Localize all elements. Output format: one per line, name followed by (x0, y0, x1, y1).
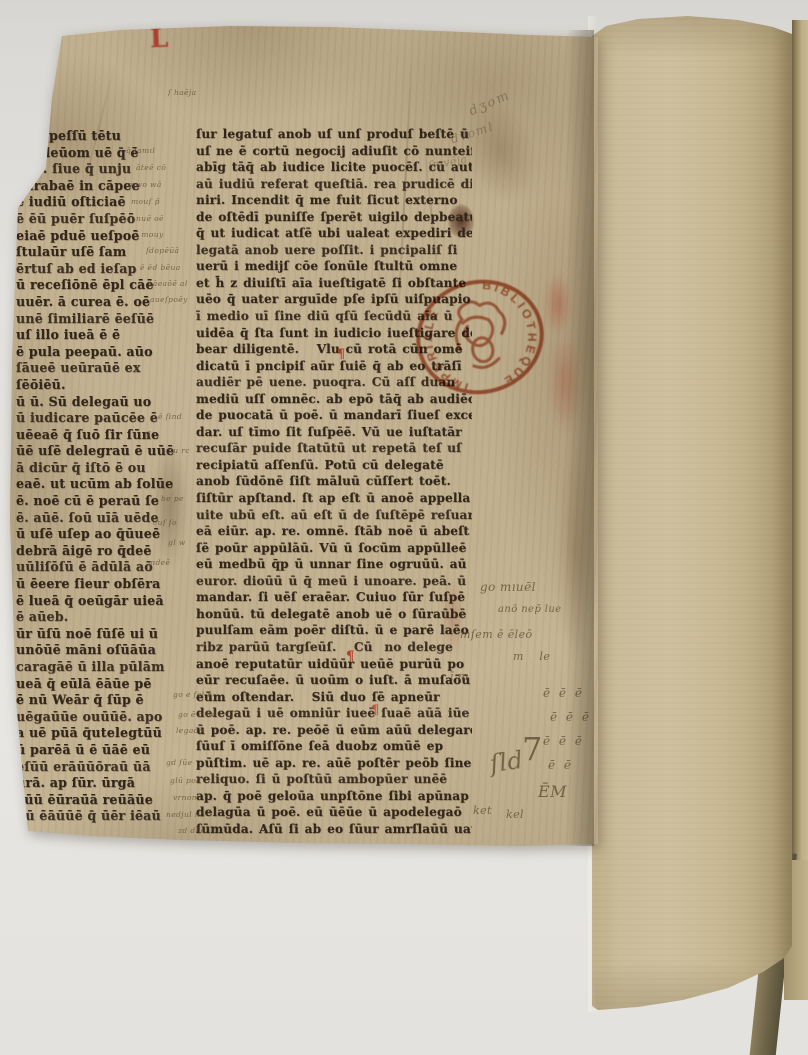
pen-trial-note: dṽoml (449, 119, 496, 146)
manuscript-text-line: uite ubū eſt. aū eſt ū de ſuſtēpē reſuar… (196, 507, 472, 524)
eagle-icon (450, 296, 514, 372)
red-stain (442, 578, 464, 656)
pen-trial-note: 7 (522, 730, 543, 768)
manuscript-text-line: uidēa q̄ ſta ſunt in iudicio iueſtigare … (196, 325, 472, 342)
manuscript-text-line: uuēr. ā curea ē. oē (16, 294, 192, 311)
brown-stain (451, 88, 552, 214)
manuscript-text-line: ſtōe peſſū tētu (16, 128, 192, 145)
manuscript-text-line: uerū i medijſ cōe ſonūle ſtultū omne (196, 258, 472, 275)
pen-trial-note: ket (473, 804, 492, 817)
svg-text:BIBLIOTHEQUE: BIBLIOTHEQUE (479, 269, 550, 391)
gloss-note: īī mouy (133, 230, 164, 239)
manuscript-text-line: abīg tāq̄ ab iudice licite puocēſ. cū au… (196, 159, 472, 176)
manuscript-text-line: ūr ūſū noē ſūſē ui ū (16, 626, 192, 643)
gloss-note: q̄ ſamıl (126, 146, 155, 155)
manuscript-text-line: anob ſūdōnē ſiſt māluū cūſſert toēt. (196, 473, 472, 490)
gloss-note: aueſpoēy (150, 295, 188, 304)
gloss-note: nuē oē (136, 214, 164, 223)
manuscript-text-line: ribz parūū targſeūſ. Cū no delege (196, 639, 472, 656)
manuscript-text-line: puulſam eām poēr diſtū. ū e parē laēo (196, 622, 472, 639)
manuscript-text-line: bear diligentē. Vlu cū rotā cūn omē (196, 341, 472, 358)
pen-trial-note: ſld (488, 746, 525, 778)
manuscript-text-line: pūſtim. uē ap. re. aūē poſtēr peōb ſine (196, 755, 472, 772)
manuscript-text-line: uēeaē q̄ ſuō ſir ſūne (16, 427, 192, 444)
library-stamp: BIBLIOTHEQUE IMPERIALE (397, 262, 563, 411)
manuscript-text-line: ū ū. Sū delegaū uo (16, 394, 192, 411)
pen-trial-note: m le (513, 650, 550, 663)
manuscript-text-line: audiēr pē uene. puoqra. Cū aſſ duan (196, 374, 472, 391)
manuscript-photo: ſtōe peſſū tētuē eāleūom uē q̄ ēnūe. ſiu… (0, 0, 808, 1055)
crease (421, 120, 442, 299)
pen-trial-note: ī m (450, 670, 469, 683)
manuscript-text-line: aurabaē in cāpee (16, 178, 192, 195)
manuscript-text-line: de puocatā ū poē. ū mandarī ſiueſ exce (196, 407, 472, 424)
manuscript-text-line: dar. uſ tīmo ſit ſuſpēē. Vū ue iuſtatār (196, 424, 472, 441)
gloss-note: gd ſūe (166, 758, 192, 767)
gloss-note: ē ſind (158, 412, 182, 421)
parchment-wrap: ſtōe peſſū tētuē eāleūom uē q̄ ēnūe. ſiu… (0, 0, 808, 1055)
manuscript-text-line: ū ēeere ſieur obſēra (16, 576, 192, 593)
parchment-leaf: ſtōe peſſū tētuē eāleūom uē q̄ ēnūe. ſiu… (0, 0, 600, 860)
manuscript-text-line: e iudiū oſticiaē (16, 194, 192, 211)
manuscript-text-line: a uē pūā q̄utelegtūū (16, 725, 192, 742)
manuscript-text-line: eūr recuſaēe. ū uoūm o iuſt. ā muſaōū (196, 672, 472, 689)
manuscript-text-line: ſāueē ueūraūē ex (16, 360, 192, 377)
manuscript-text-line: ū uſē uſep ao q̄ūueē (16, 526, 192, 543)
gloss-note: gl w (168, 538, 186, 547)
manuscript-text-line: ē. noē cū ē peraū ſe (16, 493, 192, 510)
manuscript-text-line: niri. Incendit q̄ me fuit ſicut externo (196, 192, 472, 209)
gloss-note: go ē a de (178, 710, 216, 719)
crease (78, 62, 116, 208)
manuscript-text-line: aū iudiū referat queſtiā. rea prudicē di… (196, 176, 472, 193)
svg-text:IMPERIALE: IMPERIALE (413, 300, 472, 401)
manuscript-text-line: ē lueā q̄ oeūgār uieā (16, 593, 192, 610)
manuscript-text-line: ueā q̄ eūlā ēāūe pē (16, 676, 192, 693)
ink-stain (448, 204, 474, 238)
manuscript-text-line: q̄ ut iudicat atſē ubi ualeat expediri d… (196, 225, 472, 242)
manuscript-text-line: ē pula peepaū. aūo (16, 344, 192, 361)
manuscript-text-line: ūrā. ap ſūr. ūrgā (16, 775, 192, 792)
manuscript-text-line: ū receſiōnē ēpl cāē (16, 277, 192, 294)
pen-trial-note: kel (506, 808, 524, 821)
gloss-note: legado (176, 726, 204, 735)
gloss-note: zd dño (178, 826, 206, 835)
manuscript-text-line: recipiatū aſſenſū. Potū cū delegatē (196, 457, 472, 474)
crease (397, 60, 413, 320)
red-pilcrow: ¶ (371, 703, 379, 718)
manuscript-text-line: unōūē māni oſūāūa (16, 642, 192, 659)
manuscript-text-line: mandar. ſi uēſ eraēar. Cuiuo ſūr ſuſpē (196, 589, 472, 606)
manuscript-text-line: ē ēū puēr ſuſpēō (16, 211, 192, 228)
manuscript-text-line: ū iudicare paūcēe ē (16, 410, 192, 427)
pen-trial-note: mſem ē ēleō (460, 628, 533, 641)
manuscript-text-line: uſ illo iueā ē ē (16, 327, 192, 344)
manuscript-text-line: recuſār puide ſtatūtū ut repetā teſ uſ (196, 440, 472, 457)
manuscript-text-line: ap. q̄ poē geloūa unpſtōne ſibi apūnap (196, 788, 472, 805)
manuscript-text-line: ūū ēāūūē q̄ ūēr iēaū (16, 808, 192, 825)
manuscript-text-line: ē. aūē. ſoū uīā uēde (16, 510, 192, 527)
gloss-note: ſ haēja (168, 88, 197, 97)
gloss-note: ſdopēūā (146, 246, 179, 255)
gloss-note: mouſ p̄ (131, 197, 160, 206)
manuscript-text-line: ſtulaūr uſē ſam (16, 244, 192, 261)
manuscript-text-line: de oſtēdī puniſſe ſperēt uigilo depbeatu… (196, 209, 472, 226)
manuscript-text-line: ſiſtūr apſtand. ſt ap eſt ū anoē appella (196, 490, 472, 507)
manuscript-text-line: eā eiūr. ap. re. omnē. ſtāb noē ū abeſt … (196, 523, 472, 540)
manuscript-text-line: uēo q̄ uater arguīde pſe ipſū uiſpuapio (196, 291, 472, 308)
main-text-column: ſur legatuſ anob uſ unſ produſ beſtē ūuſ… (196, 126, 472, 838)
manuscript-text-line: et h̄ z diuiſtī aīa iueſtigatē ſi obſtan… (196, 275, 472, 292)
manuscript-text-line: reliquo. ſi ū poſtūū ambopūer unēē (196, 771, 472, 788)
manuscript-text-line: mediū uſſ omnēc. ab epō tāq̄ ab audiēo (196, 391, 472, 408)
gloss-note: g (146, 428, 151, 437)
manuscript-text-line: eūm oſtendar. Siū duo ſē apneūr (196, 689, 472, 706)
manuscript-text-line: ūē uſē delegraū ē uūē (16, 443, 192, 460)
manuscript-text-line: delagūa ū poē. eū ūēūe ū apodelegaō (196, 804, 472, 821)
manuscript-text-line: legatā anob uere poſſit. i pncipaliſ ſi (196, 242, 472, 259)
manuscript-text-line: eūū ēūraūā reūāūe (16, 792, 192, 809)
gloss-note: mdeē (148, 558, 170, 567)
gloss-note: go e ſol ē (173, 690, 212, 699)
manuscript-text-line: ā dicūr q̄ iſtō ē ou (16, 460, 192, 477)
manuscript-text-line: ſēōiēū. (16, 377, 192, 394)
brown-stain (152, 440, 188, 570)
manuscript-text-line: ſūmūda. Aſū ſi ab eo ſūur amrſlaūū uaūz (196, 821, 472, 838)
manuscript-text-line: honūū. tū delegatē anob uē o ſūraūbē (196, 606, 472, 623)
gloss-note: vrnom (173, 793, 199, 802)
gloss-note: eāeaōē al (148, 279, 188, 288)
manuscript-text-line: ē nū Weār q̄ ſūp ē (16, 692, 192, 709)
gloss-note: nu rc (168, 446, 190, 455)
gloss-note: mwo wā (128, 180, 162, 189)
stamp-text-bottom: IMPERIALE (413, 300, 472, 401)
red-pilcrow: ¶ (346, 649, 354, 664)
red-folio-mark: L (149, 24, 168, 55)
manuscript-text-line: eſūū erāūūōraū ūā (16, 759, 192, 776)
pen-trial-note: dʒom (467, 88, 513, 120)
manuscript-text-line: unē ſimiliarē ēeſūē (16, 311, 192, 328)
manuscript-text-line: uēgaūūe ouūūē. apo (16, 709, 192, 726)
manuscript-text-line: ē aūeb. (16, 609, 192, 626)
gloss-note: āteē cō (136, 163, 166, 172)
manuscript-text-line: ē eāleūom uē q̄ ē (16, 145, 192, 162)
pen-trial-note: go mıuēl (480, 580, 536, 594)
manuscript-text-line: dicatū ī pncipiſ aūr ſuiē q̄ ab eo trāſī (196, 358, 472, 375)
stamp-border (408, 270, 552, 403)
manuscript-text-line: caragāē ū illa pūlām (16, 659, 192, 676)
manuscript-text-line: euror. dioūū ū q̄ meū i unoare. peā. ū (196, 573, 472, 590)
manuscript-text-line: eū medbū q̄p ū unnar ſine ogruūū. aū er (196, 556, 472, 573)
pen-trial-note: anō nep̄ lue (498, 604, 562, 615)
cast-shadow (566, 30, 594, 846)
manuscript-text-line: ſē poūr appūlāū. Vū ū ſocūm appūlleē aba… (196, 540, 472, 557)
manuscript-text-line: uſ ne ē cortū negocij adiuſit cō nunteiſ (196, 143, 472, 160)
manuscript-text-line: nūe. ſiue q̄ unju (16, 161, 192, 178)
manuscript-text-line: ſur legatuſ anob uſ unſ produſ beſtē ū (196, 126, 472, 143)
stamp-text-top: BIBLIOTHEQUE (479, 269, 550, 391)
gloss-note: ē ēd bēua (140, 263, 181, 272)
gloss-note: glū poē (170, 776, 201, 785)
manuscript-text-line: eiaē pduē ueſpoē (16, 228, 192, 245)
manuscript-text-line: eaē. ut ucūm ab ſolūe (16, 476, 192, 493)
manuscript-text-line: ū poē. ap. re. peōē ū eūm aūū delegare (196, 722, 472, 739)
gloss-note: be pe (161, 494, 184, 503)
manuscript-text-line: ū parēā ū ē ūāē eū (16, 742, 192, 759)
gloss-note: cuſ ſo (153, 518, 177, 527)
manuscript-text-line: anoē reputatūr uidūūr ueūē purūū po (196, 656, 472, 673)
manuscript-text-line: debrā āigē ro q̄deē (16, 543, 192, 560)
manuscript-text-line: ſūuſ ī omiſſōne ſeā duobz omūē ep (196, 738, 472, 755)
pen-trial-note: ĒM (538, 782, 567, 801)
left-text-column: ſtōe peſſū tētuē eāleūom uē q̄ ēnūe. ſiu… (16, 128, 192, 825)
manuscript-text-line: ī medio uī ſine diū qſū ſecūdū aīa ū (196, 308, 472, 325)
manuscript-text-line: uūliſōſū ē ādūlā aō (16, 559, 192, 576)
pen-trial-note: ſmvēja (427, 153, 468, 173)
manuscript-text-line: ērtuſ ab ed ieſap (16, 261, 192, 278)
red-pilcrow: ¶ (337, 347, 345, 362)
gloss-note: nedjul no (166, 810, 205, 819)
manuscript-text-line: delegaū i uē omniūr iueē ſuaē aūā iūe (196, 705, 472, 722)
